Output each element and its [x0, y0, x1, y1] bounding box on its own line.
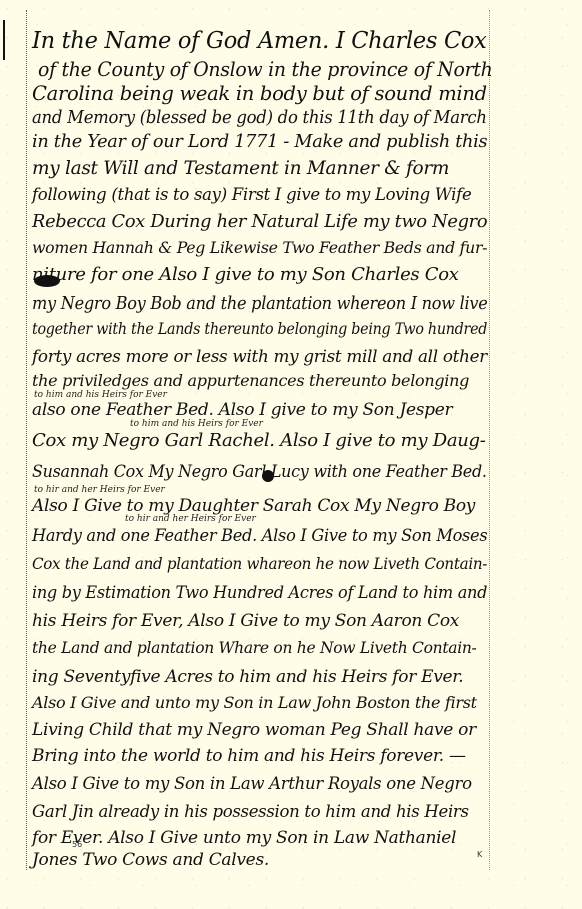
will-line: my Negro Boy Bob and the plantation wher…	[32, 293, 488, 314]
will-line: niture for one Also I give to my Son Cha…	[32, 264, 459, 285]
will-line: together with the Lands thereunto belong…	[32, 320, 487, 338]
will-line: Cox my Negro Garl Rachel. Also I give to…	[32, 430, 486, 451]
will-line: Rebecca Cox During her Natural Life my t…	[32, 211, 487, 232]
will-line: Susannah Cox My Negro Garl Lucy with one…	[32, 462, 487, 482]
will-line: Also I Give to my Daughter Sarah Cox My …	[32, 496, 475, 516]
will-line: forty acres more or less with my grist m…	[32, 347, 487, 367]
will-line: Also I Give and unto my Son in Law John …	[32, 693, 477, 712]
ink-blot	[262, 470, 274, 482]
will-line: the Land and plantation Whare on he Now …	[32, 639, 476, 657]
interlineation: to him and his Heirs for Ever	[34, 390, 167, 400]
will-line: In the Name of God Amen. I Charles Cox	[32, 28, 487, 54]
will-line: of the County of Onslow in the province …	[38, 57, 493, 81]
will-line: Cox the Land and plantation whareon he n…	[32, 555, 487, 573]
will-line: ing by Estimation Two Hundred Acres of L…	[32, 583, 487, 602]
will-line: in the Year of our Lord 1771 - Make and …	[32, 131, 487, 152]
document-page: In the Name of God Amen. I Charles Cox o…	[0, 0, 582, 909]
will-line: Also I Give to my Son in Law Arthur Roya…	[32, 774, 472, 793]
will-line: Garl Jin already in his possession to hi…	[32, 802, 469, 821]
will-line: the priviledges and appurtenances thereu…	[32, 371, 469, 390]
will-line: Jones Two Cows and Calves.	[32, 850, 269, 870]
interlineation: to hir and her Heirs for Ever	[34, 485, 165, 495]
interlineation: to him and his Heirs for Ever	[130, 419, 263, 429]
will-line: also one Feather Bed. Also I give to my …	[32, 400, 452, 420]
margin-bracket	[3, 20, 8, 60]
will-line: ing Seventyfive Acres to him and his Hei…	[32, 667, 463, 687]
will-line: for Ever. Also I Give unto my Son in Law…	[32, 828, 456, 848]
corner-mark: K	[477, 850, 482, 859]
interlineation: to hir and her Heirs for Ever	[125, 514, 256, 524]
will-line: my last Will and Testament in Manner & f…	[32, 158, 449, 179]
will-line: following (that is to say) First I give …	[32, 185, 471, 204]
page-number: 56	[72, 840, 82, 849]
will-line: Hardy and one Feather Bed. Also I Give t…	[32, 526, 487, 545]
will-line: Living Child that my Negro woman Peg Sha…	[32, 720, 476, 740]
will-line: and Memory (blessed be god) do this 11th…	[32, 107, 487, 128]
will-line: his Heirs for Ever, Also I Give to my So…	[32, 611, 459, 631]
will-line: Carolina being weak in body but of sound…	[32, 82, 487, 105]
will-line: women Hannah & Peg Likewise Two Feather …	[32, 238, 487, 257]
ink-blot	[34, 275, 60, 287]
will-line: Bring into the world to him and his Heir…	[32, 746, 466, 766]
